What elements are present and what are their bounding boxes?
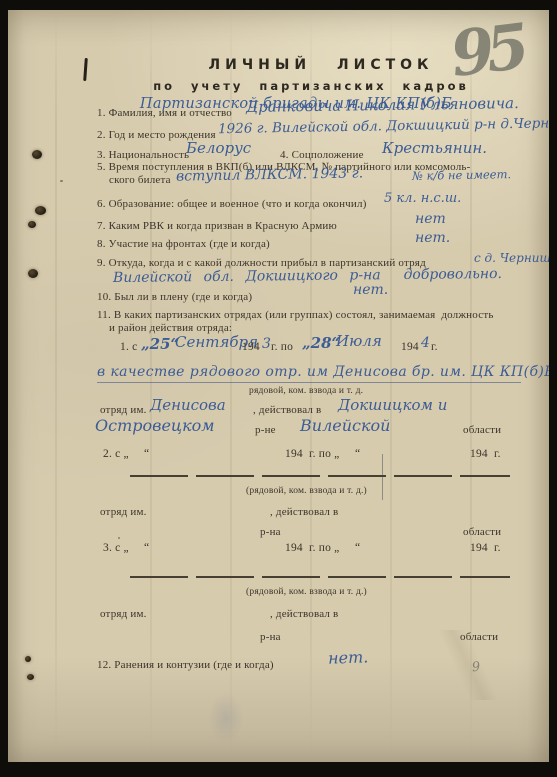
paper-speck (118, 537, 120, 539)
entry-3-quote: “ (144, 542, 149, 554)
entry-3-otryad-label: отряд им. (100, 608, 147, 620)
field-8-value: нет. (415, 230, 450, 246)
field-12-value: нет. (328, 647, 369, 667)
entry-1-to-label: г. по (271, 341, 293, 353)
entry-3-blank-line (130, 576, 510, 578)
punch-hole (32, 150, 42, 159)
entry-1-acted-label: , действовал в (253, 404, 321, 416)
entry-3-district-label: р-на (260, 631, 281, 643)
entry-1-year-from-printed: 194 (242, 341, 260, 353)
entry-3-quote2: “ (355, 542, 360, 554)
field-1-label: 1. Фамилия, имя и отчество (97, 107, 232, 119)
field-1-value: Дранковича Николая Ульяновича. (246, 94, 519, 116)
field-4-label: 4. Соцположение (280, 149, 364, 161)
entry-2-quote: “ (144, 448, 149, 460)
entry-1-oblast-name: Вилейской (300, 416, 390, 435)
entry-1-year-to-digit: 4 (421, 335, 430, 351)
punch-hole (35, 206, 46, 215)
entry-1-role-handwritten: в качестве рядового отр. им Денисова бр.… (97, 364, 521, 383)
entry-3-mid: 194 г. по „ (285, 542, 339, 554)
punch-hole (28, 221, 36, 228)
entry-2-acted-label: , действовал в (270, 506, 338, 518)
field-7-label: 7. Каким РВК и когда призван в Красную А… (97, 220, 337, 232)
entry-3-suffix: 194 г. (470, 542, 501, 554)
ink-smudge (208, 692, 244, 744)
entry-2-quote2: “ (355, 448, 360, 460)
field-3-label: 3. Национальность (97, 149, 189, 161)
field-10-value: нет. (353, 282, 388, 298)
entry-3-caption: (рядовой, ком. взвода и т. д.) (246, 587, 367, 597)
field-10-label: 10. Был ли в плену (где и когда) (97, 291, 252, 303)
entry-3-oblast-label: области (460, 631, 498, 643)
stray-ink-stroke (382, 454, 383, 500)
entry-3-acted-label: , действовал в (270, 608, 338, 620)
entry-1-otryad-label: отряд им. (100, 404, 147, 416)
field-8-label: 8. Участие на фронтах (где и когда) (97, 238, 270, 250)
entry-2-prefix: 2. с „ (103, 448, 129, 460)
entry-2-otryad-label: отряд им. (100, 506, 147, 518)
field-5-label-line2: ского билета (109, 174, 171, 186)
field-9-value-line2: Вилейской обл. Докшицкого р-на доброволь… (113, 266, 502, 286)
entry-1-day-from: „25“ (141, 335, 179, 353)
entry-1-role-caption: рядовой, ком. взвода и т. д. (249, 386, 363, 396)
punch-hole (25, 656, 31, 662)
entry-1-day-to: „28“ (302, 334, 340, 352)
entry-1-acted-region-2: Островецком (95, 416, 215, 435)
paper-speck (60, 180, 63, 182)
entry-1-oblast-label: области (463, 424, 501, 436)
entry-2-mid: 194 г. по „ (285, 448, 339, 460)
field-4-value: Крестьянин. (382, 139, 487, 157)
punch-hole (28, 269, 38, 278)
field-11-label-line1: 11. В каких партизанских отрядах (или гр… (97, 309, 494, 321)
punch-hole (27, 674, 34, 680)
entry-2-caption: (рядовой, ком. взвода и т. д.) (246, 486, 367, 496)
entry-1-g-label: г. (431, 341, 438, 353)
field-12-label: 12. Ранения и контузии (где и когда) (97, 659, 274, 671)
entry-1-no: 1. с (120, 341, 137, 353)
entry-3-prefix: 3. с „ (103, 542, 129, 554)
paper-fold-line (55, 10, 57, 762)
entry-1-month-to: Июля (336, 332, 382, 350)
scanned-form-page: 95 ЛИЧНЫЙ ЛИСТОК по учету партизанских к… (8, 10, 549, 762)
field-7-value: нет (415, 211, 446, 227)
field-5-value-note: № к/б не имеет. (412, 167, 511, 183)
entry-1-year-from-digit: 3 (262, 336, 271, 352)
field-3-value: Белорус (186, 139, 251, 157)
entry-2-district-label: р-на (260, 526, 281, 538)
field-9-value-inline: с д. Черниш (474, 251, 549, 265)
entry-1-acted-region-1: Докшицком и (338, 396, 447, 414)
entry-1-district-label: р-не (255, 424, 276, 436)
entry-2-suffix: 194 г. (470, 448, 501, 460)
field-6-value: 5 кл. н.с.ш. (384, 191, 461, 206)
margin-mark: 9 (471, 660, 481, 676)
field-6-label: 6. Образование: общее и военное (что и к… (97, 198, 367, 210)
entry-2-blank-line (130, 475, 510, 477)
entry-1-year-to-printed: 194 (401, 341, 419, 353)
entry-1-otryad-name: Денисова (150, 396, 226, 414)
ink-mark (83, 58, 88, 81)
field-5-value: вступил ВЛКСМ. 1943 г. (176, 165, 363, 184)
paper-crease (338, 630, 549, 700)
entry-2-oblast-label: области (463, 526, 501, 538)
